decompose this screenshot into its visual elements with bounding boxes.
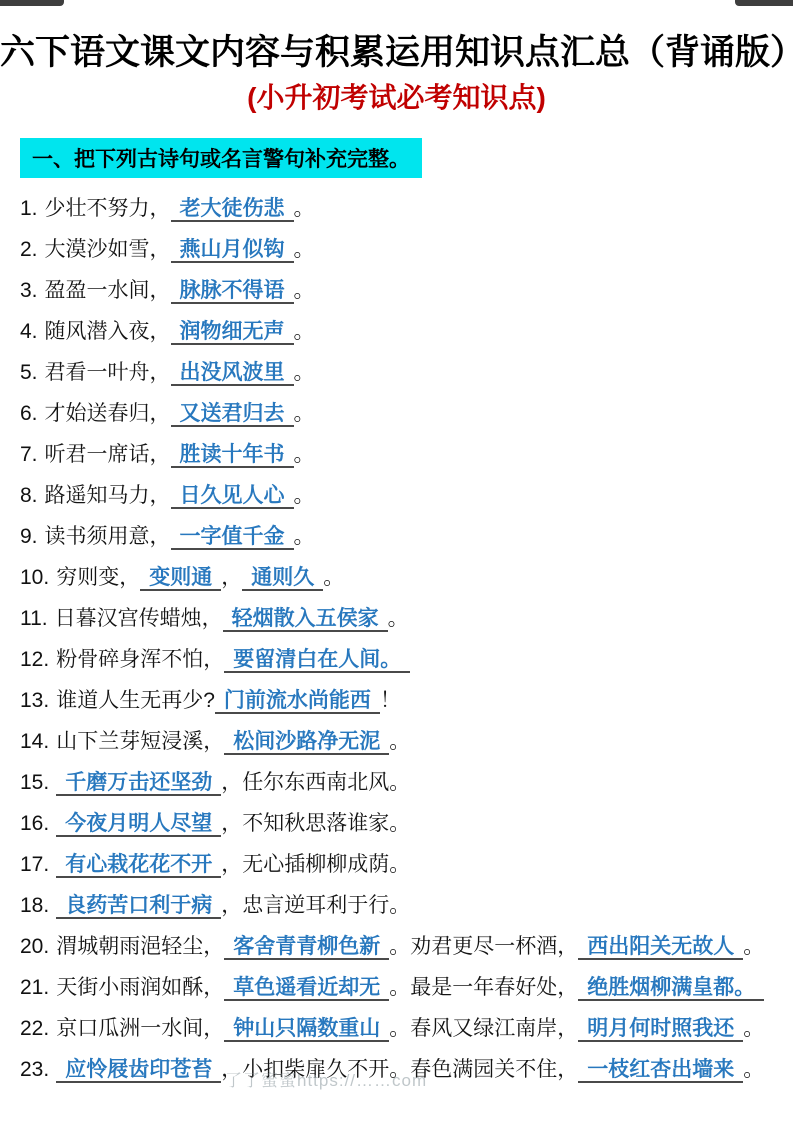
item-number: 8. [20, 484, 38, 507]
item-text: ！ [380, 689, 401, 712]
answer-blank: 绝胜烟柳满皇都。 [578, 976, 764, 1001]
item-text: 渭城朝雨浥轻尘， [56, 935, 224, 958]
answer-blank: 轻烟散入五侯家 [223, 607, 388, 632]
item-text: 。 [389, 730, 410, 753]
item-number: 22. [20, 1017, 49, 1040]
answer-blank: 松间沙路净无泥 [224, 730, 389, 755]
item-text: 听君一席话， [45, 443, 171, 466]
item-text: 粉骨碎身浑不怕， [56, 648, 224, 671]
scan-artifact-top-right [735, 0, 793, 6]
answer-blank: 一字值千金 [171, 525, 294, 550]
exercise-item-23: 23.应怜屐齿印苍苔，小扣柴扉久不开。春色满园关不住，一枝红杏出墙来。 [20, 1056, 773, 1084]
item-text: 。春风又绿江南岸， [389, 1017, 578, 1040]
answer-blank: 燕山月似钩 [171, 238, 294, 263]
item-number: 21. [20, 976, 49, 999]
exercise-item-3: 3.盈盈一水间，脉脉不得语。 [20, 277, 773, 305]
exercise-item-15: 15.千磨万击还坚劲，任尔东西南北风。 [20, 769, 773, 797]
answer-blank: 门前流水尚能西 [215, 689, 380, 714]
answer-blank: 千磨万击还坚劲 [56, 771, 221, 796]
item-number: 7. [20, 443, 38, 466]
exercise-item-13: 13.谁道人生无再少?门前流水尚能西！ [20, 687, 773, 715]
item-text: 谁道人生无再少? [56, 689, 215, 712]
item-text: 。 [294, 525, 315, 548]
item-number: 18. [20, 894, 49, 917]
item-text: 。 [743, 1017, 764, 1040]
exercise-item-12: 12.粉骨碎身浑不怕，要留清白在人间。 [20, 646, 773, 674]
exercise-item-10: 10.穷则变，变则通，通则久。 [20, 564, 773, 592]
item-text: 。 [294, 443, 315, 466]
item-text: 京口瓜洲一水间， [56, 1017, 224, 1040]
item-text: 日暮汉宫传蜡烛， [55, 607, 223, 630]
exercise-list: 1.少壮不努力，老大徒伤悲。2.大漠沙如雪，燕山月似钩。3.盈盈一水间，脉脉不得… [20, 195, 773, 1084]
item-number: 16. [20, 812, 49, 835]
item-text: 君看一叶舟， [45, 361, 171, 384]
item-number: 9. [20, 525, 38, 548]
answer-blank: 应怜屐齿印苍苔 [56, 1058, 221, 1083]
answer-blank: 今夜月明人尽望 [56, 812, 221, 837]
scan-artifact-top-left [0, 0, 64, 6]
item-number: 10. [20, 566, 49, 589]
section-heading: 一、把下列古诗句或名言警句补充完整。 [20, 138, 422, 178]
item-text: ，任尔东西南北风。 [221, 771, 410, 794]
page-subtitle: (小升初考试必考知识点) [0, 80, 793, 116]
answer-blank: 润物细无声 [171, 320, 294, 345]
answer-blank: 钟山只隔数重山 [224, 1017, 389, 1042]
item-number: 23. [20, 1058, 49, 1081]
exercise-item-20: 20.渭城朝雨浥轻尘，客舍青青柳色新。劝君更尽一杯酒，西出阳关无故人。 [20, 933, 773, 961]
item-number: 6. [20, 402, 38, 425]
exercise-item-22: 22.京口瓜洲一水间，钟山只隔数重山。春风又绿江南岸，明月何时照我还。 [20, 1015, 773, 1043]
answer-blank: 通则久 [242, 566, 323, 591]
answer-blank: 又送君归去 [171, 402, 294, 427]
item-text: 山下兰芽短浸溪， [56, 730, 224, 753]
item-text: ，忠言逆耳利于行。 [221, 894, 410, 917]
item-text: 。 [743, 935, 764, 958]
item-number: 15. [20, 771, 49, 794]
answer-blank: 有心栽花花不开 [56, 853, 221, 878]
item-text: 。 [323, 566, 344, 589]
exercise-item-18: 18.良药苦口利于病，忠言逆耳利于行。 [20, 892, 773, 920]
item-text: 。 [294, 279, 315, 302]
exercise-item-8: 8.路遥知马力，日久见人心。 [20, 482, 773, 510]
item-text: ， [221, 566, 242, 589]
answer-blank: 变则通 [140, 566, 221, 591]
item-text: 读书须用意， [45, 525, 171, 548]
answer-blank: 一枝红杏出墙来 [578, 1058, 743, 1083]
item-text: 大漠沙如雪， [45, 238, 171, 261]
item-text: 。 [294, 197, 315, 220]
exercise-item-11: 11.日暮汉宫传蜡烛，轻烟散入五侯家。 [20, 605, 773, 633]
answer-blank: 良药苦口利于病 [56, 894, 221, 919]
item-text: ，无心插柳柳成荫。 [221, 853, 410, 876]
page-title: 六下语文课文内容与积累运用知识点汇总（背诵版） [0, 30, 793, 76]
item-text: 盈盈一水间， [45, 279, 171, 302]
item-number: 14. [20, 730, 49, 753]
item-text: 。 [294, 484, 315, 507]
exercise-item-17: 17.有心栽花花不开，无心插柳柳成荫。 [20, 851, 773, 879]
item-text: 。 [294, 402, 315, 425]
exercise-item-4: 4.随风潜入夜，润物细无声。 [20, 318, 773, 346]
exercise-item-9: 9.读书须用意，一字值千金。 [20, 523, 773, 551]
exercise-item-2: 2.大漠沙如雪，燕山月似钩。 [20, 236, 773, 264]
item-text: ，小扣柴扉久不开。春色满园关不住， [221, 1058, 578, 1081]
item-text: 随风潜入夜， [45, 320, 171, 343]
answer-blank: 胜读十年书 [171, 443, 294, 468]
item-number: 3. [20, 279, 38, 302]
answer-blank: 客舍青青柳色新 [224, 935, 389, 960]
item-text: 才始送春归， [45, 402, 171, 425]
item-number: 5. [20, 361, 38, 384]
item-number: 11. [20, 607, 48, 630]
item-number: 20. [20, 935, 49, 958]
item-number: 17. [20, 853, 49, 876]
exercise-item-14: 14.山下兰芽短浸溪，松间沙路净无泥。 [20, 728, 773, 756]
answer-blank: 西出阳关无故人 [578, 935, 743, 960]
item-text: 。 [388, 607, 409, 630]
item-text: 少壮不努力， [45, 197, 171, 220]
answer-blank: 出没风波里 [171, 361, 294, 386]
item-text: 。 [294, 361, 315, 384]
exercise-item-5: 5.君看一叶舟，出没风波里。 [20, 359, 773, 387]
item-text: 天街小雨润如酥， [56, 976, 224, 999]
answer-blank: 日久见人心 [171, 484, 294, 509]
answer-blank: 明月何时照我还 [578, 1017, 743, 1042]
answer-blank: 草色遥看近却无 [224, 976, 389, 1001]
item-text: 。最是一年春好处， [389, 976, 578, 999]
item-number: 13. [20, 689, 49, 712]
exercise-item-16: 16.今夜月明人尽望，不知秋思落谁家。 [20, 810, 773, 838]
exercise-item-21: 21.天街小雨润如酥，草色遥看近却无。最是一年春好处，绝胜烟柳满皇都。 [20, 974, 773, 1002]
answer-blank: 脉脉不得语 [171, 279, 294, 304]
item-text: 。 [743, 1058, 764, 1081]
item-text: 。 [294, 238, 315, 261]
exercise-item-7: 7.听君一席话，胜读十年书。 [20, 441, 773, 469]
item-text: ，不知秋思落谁家。 [221, 812, 410, 835]
answer-blank: 老大徒伤悲 [171, 197, 294, 222]
item-text: 。劝君更尽一杯酒， [389, 935, 578, 958]
item-number: 1. [20, 197, 38, 220]
exercise-item-6: 6.才始送春归，又送君归去。 [20, 400, 773, 428]
item-text: 穷则变， [56, 566, 140, 589]
item-text: 。 [294, 320, 315, 343]
exercise-item-1: 1.少壮不努力，老大徒伤悲。 [20, 195, 773, 223]
item-number: 4. [20, 320, 38, 343]
answer-blank: 要留清白在人间。 [224, 648, 410, 673]
item-number: 2. [20, 238, 38, 261]
item-number: 12. [20, 648, 49, 671]
item-text: 路遥知马力， [45, 484, 171, 507]
